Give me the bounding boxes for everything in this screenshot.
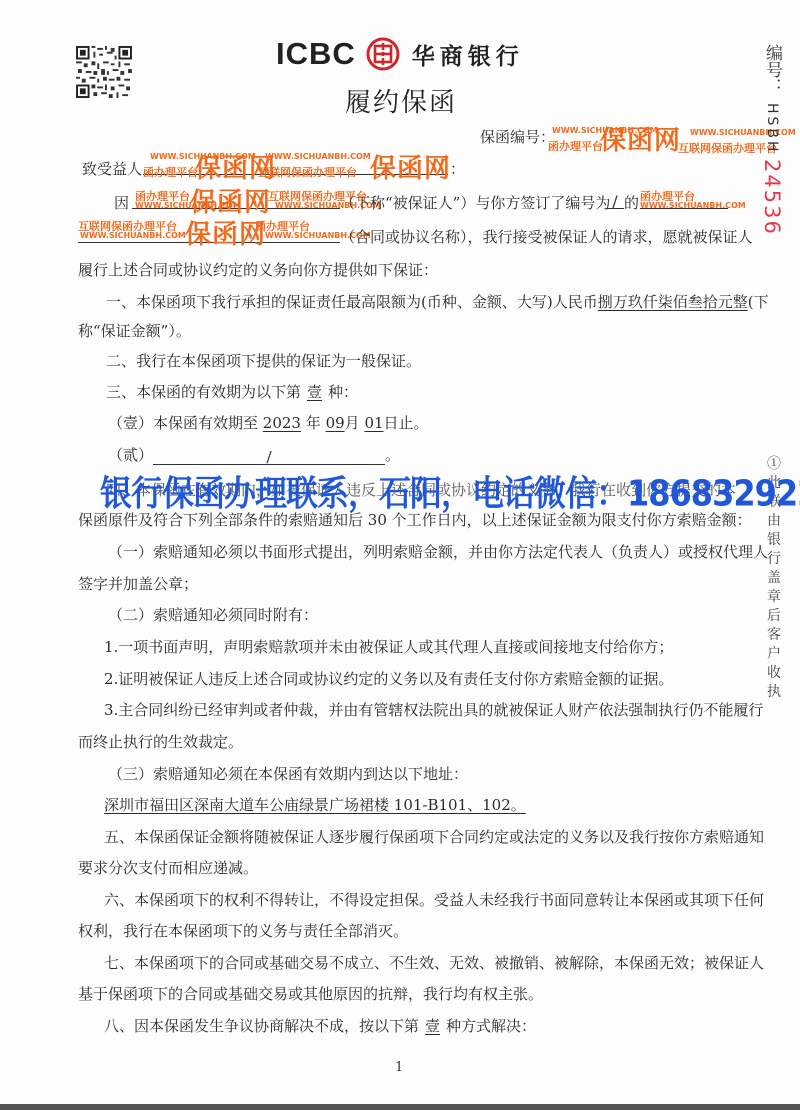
- attachment-item-2: 2.证明被保证人违反上述合同或协议约定的义务以及有责任支付你方索赔金额的证据。: [104, 668, 673, 689]
- validity-option-1: （壹）本保函有效期至 2023 年 09月 01日止。: [108, 412, 429, 433]
- clause-text: （壹）本保函有效期至: [108, 414, 258, 432]
- clause-text: 保函原件及符合下列全部条件的索赔通知后 30 个工作日内，以上述保证金额为限支付…: [78, 509, 752, 530]
- clause-3: 三、本保函的有效期为以下第壹种：: [106, 381, 358, 402]
- clause-text: （下称“被保证人”）与你方签订了编号为: [340, 192, 610, 213]
- watermark-site: WWW.SICHUANBH.COM: [80, 231, 186, 240]
- watermark-brand: 保函网: [370, 148, 451, 185]
- expiry-day: 01: [364, 414, 383, 432]
- beneficiary-label: 致受益人: [82, 158, 142, 179]
- clause-text: 基于保函项下的合同或基础交易或其他原因的抗辩，我行均有权主张。: [78, 983, 543, 1004]
- watermark-slogan: 互联网保函办理平台: [258, 164, 357, 180]
- cause-label: 因: [114, 192, 129, 213]
- clause-text: 要求分次支付而相应递减。: [78, 857, 258, 878]
- qr-code: [76, 46, 132, 98]
- clause-text: (下: [748, 293, 769, 311]
- watermark-brand: 保函网: [600, 120, 681, 157]
- clause-text: 称“保证金额”）。: [78, 320, 191, 341]
- clause-text: 三、本保函的有效期为以下第: [106, 383, 301, 401]
- clause-text: 权利，我行在本保函项下的义务与责任全部消灭。: [78, 920, 408, 941]
- clause-text: 的: [624, 192, 639, 213]
- clause-8: 八、因本保函发生争议协商解决不成，按以下第壹种方式解决：: [104, 1015, 536, 1036]
- serial-number: 编号： HSBH 24536: [760, 44, 784, 235]
- clause-1: 一、本保函项下我行承担的保证责任最高限额为(币种、金额、大写)人民币捌万玖仟柒佰…: [106, 291, 769, 312]
- clause-text: 。: [385, 446, 400, 464]
- clause-6: 六、本保函项下的权利不得转让，不得设定担保。受益人未经我行书面同意转让本保函或其…: [104, 889, 764, 910]
- claim-condition-2: （二）索赔通知必须同时附有：: [108, 604, 318, 625]
- attachment-item-3: 3.主合同纠纷已经审判或者仲裁，并由有管辖权法院出具的就被保证人财产依法强制执行…: [104, 699, 763, 720]
- guarantee-letter-page: ICBC 华商银行 履约保函 保函编号： WWW.SICHUANBH.COM 函…: [0, 0, 800, 1110]
- validity-option-2: （贰）/。: [108, 444, 400, 465]
- bank-name-cn: 华商银行: [412, 38, 524, 71]
- claim-address: 深圳市福田区深南大道车公庙绿景广场裙楼 101-B101、102。: [104, 794, 526, 815]
- month-label: 月: [345, 414, 360, 432]
- document-title: 履约保函: [345, 82, 457, 119]
- claim-condition-1: （一）索赔通知必须以书面形式提出，列明索赔金额，并由你方法定代表人（负责人）或授…: [108, 541, 768, 562]
- clause-5: 五、本保函保证金额将随被保证人逐步履行保函项下合同约定或法定的义务以及我行按你方…: [104, 826, 764, 847]
- clause-text: 种方式解决：: [446, 1017, 536, 1035]
- guarantee-amount: 捌万玖仟柒佰叁拾元整: [598, 293, 748, 311]
- watermark-slogan: 函办理平台: [548, 138, 603, 154]
- bank-name-en: ICBC: [276, 36, 356, 72]
- validity-choice: 壹: [301, 383, 328, 401]
- qr-code-icon: [76, 46, 132, 98]
- clause-text: 履行上述合同或协议约定的义务向你方提供如下保证：: [78, 259, 438, 280]
- expiry-month: 09: [326, 414, 345, 432]
- dispute-choice: 壹: [419, 1017, 446, 1035]
- watermark-brand: 保函网: [185, 214, 266, 251]
- clause-text: 签字并加盖公章；: [78, 573, 198, 594]
- clause-2: 二、我行在本保函项下提供的保证为一般保证。: [106, 350, 421, 371]
- serial-value: 24536: [760, 159, 784, 236]
- guarantee-number-label: 保函编号：: [480, 126, 555, 147]
- page-number: 1: [395, 1060, 403, 1075]
- clause-7: 七、本保函项下的合同或基础交易不成立、不生效、无效、被撤销、被解除，本保函无效；…: [104, 952, 764, 973]
- attachment-item-1: 1.一项书面声明，声明索赔款项并未由被保证人或其代理人直接或间接地支付给你方；: [104, 636, 673, 657]
- validity-option-2-field: /: [153, 448, 385, 465]
- claim-condition-3: （三）索赔通知必须在本保函有效期内到达以下地址：: [108, 763, 468, 784]
- clause-text: （贰）: [108, 446, 153, 464]
- expiry-year: 2023: [263, 414, 301, 432]
- serial-label: 编号：: [762, 44, 782, 95]
- bank-logo: ICBC 华商银行: [276, 36, 524, 72]
- clause-text: 日止。: [384, 414, 429, 432]
- punctuation: ：: [450, 158, 465, 179]
- clause-text: （合同或协议名称），我行接受被保证人的请求，愿就被保证人: [340, 226, 753, 247]
- scan-edge: [0, 1104, 800, 1110]
- watermark-site: WWW.SICHUANBH.COM: [640, 201, 746, 210]
- year-label: 年: [306, 414, 321, 432]
- contract-number-field: /: [606, 192, 624, 209]
- clause-text: 种：: [328, 383, 358, 401]
- watermark-slogan: 函办理平台: [143, 164, 198, 180]
- clause-text: 一、本保函项下我行承担的保证责任最高限额为(币种、金额、大写)人民币: [106, 293, 598, 311]
- clause-text: 八、因本保函发生争议协商解决不成，按以下第: [104, 1017, 419, 1035]
- clause-text: 而终止执行的生效裁定。: [78, 731, 243, 752]
- icbc-emblem-icon: [366, 37, 400, 71]
- serial-prefix: HSBH: [764, 103, 780, 155]
- watermark-site: WWW.SICHUANBH.COM: [265, 152, 371, 161]
